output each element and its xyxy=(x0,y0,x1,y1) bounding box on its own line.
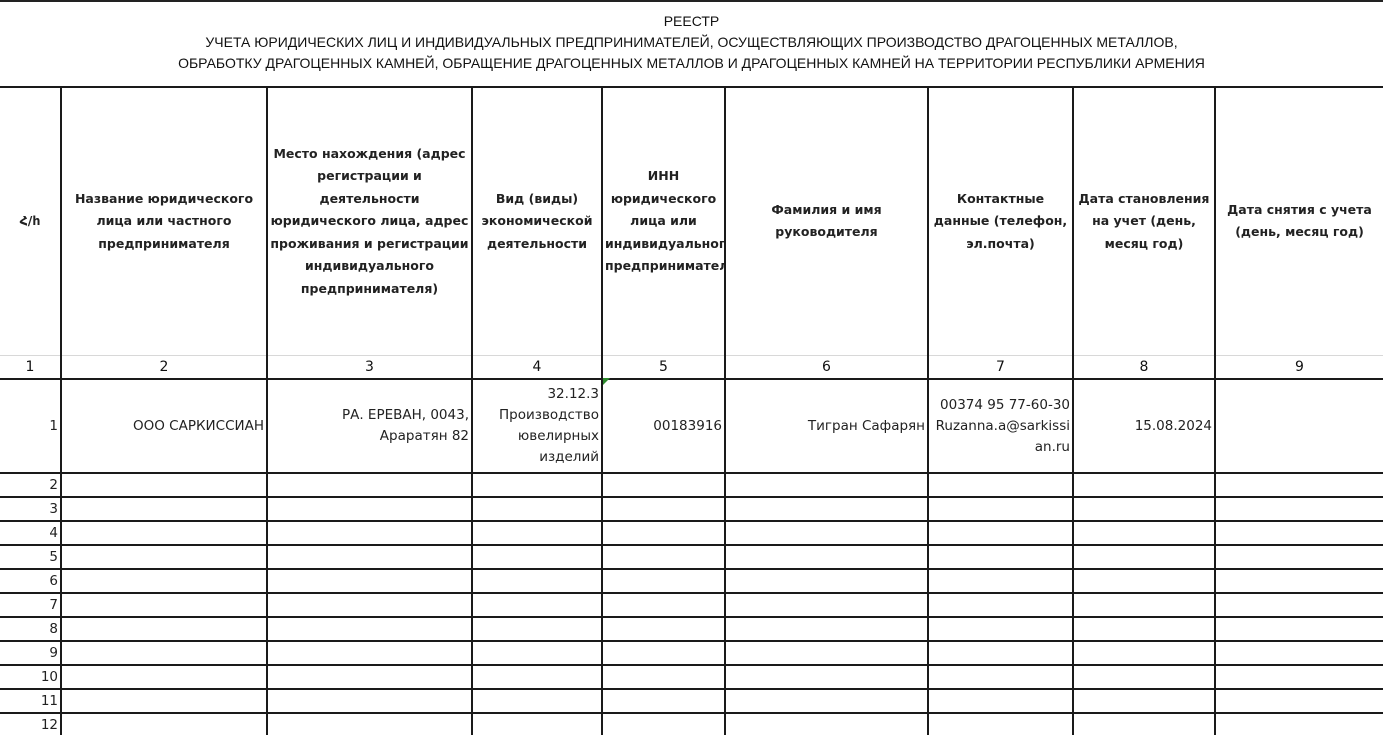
inn-cell[interactable] xyxy=(602,713,725,735)
row-number-cell[interactable]: 1 xyxy=(0,379,61,473)
header-cell-inn[interactable]: ИНН юридического лица или индивидуальног… xyxy=(602,87,725,355)
registered-date-cell[interactable] xyxy=(1073,497,1215,521)
inn-cell[interactable] xyxy=(602,569,725,593)
deregistered-date-cell[interactable] xyxy=(1215,593,1383,617)
inn-cell[interactable] xyxy=(602,497,725,521)
column-number-cell[interactable]: 4 xyxy=(472,355,602,379)
registered-date-cell[interactable] xyxy=(1073,473,1215,497)
row-number-cell[interactable]: 4 xyxy=(0,521,61,545)
contacts-cell[interactable] xyxy=(928,617,1073,641)
table-row: 3 xyxy=(0,497,1383,521)
contacts-cell[interactable]: 00374 95 77-60-30 Ruzanna.a@sarkissian.r… xyxy=(928,379,1073,473)
activity-cell[interactable] xyxy=(472,497,602,521)
activity-cell[interactable] xyxy=(472,545,602,569)
register-subtitle-line-1: УЧЕТА ЮРИДИЧЕСКИХ ЛИЦ И ИНДИВИДУАЛЬНЫХ П… xyxy=(0,32,1383,53)
registered-date-cell[interactable] xyxy=(1073,665,1215,689)
location-cell[interactable] xyxy=(267,593,472,617)
row-number-cell[interactable]: 10 xyxy=(0,665,61,689)
entity-name-cell[interactable] xyxy=(61,713,267,735)
header-cell-entity-name[interactable]: Название юридического лица или частного … xyxy=(61,87,267,355)
deregistered-date-cell[interactable] xyxy=(1215,689,1383,713)
activity-cell[interactable] xyxy=(472,569,602,593)
entity-name-cell[interactable] xyxy=(61,689,267,713)
table-row: 9 xyxy=(0,641,1383,665)
header-cell-director[interactable]: Фамилия и имя руководителя xyxy=(725,87,928,355)
deregistered-date-cell[interactable] xyxy=(1215,497,1383,521)
deregistered-date-cell[interactable] xyxy=(1215,545,1383,569)
row-number-cell[interactable]: 5 xyxy=(0,545,61,569)
contacts-cell[interactable] xyxy=(928,497,1073,521)
registered-date-cell[interactable] xyxy=(1073,569,1215,593)
register-title-block: РЕЕСТР УЧЕТА ЮРИДИЧЕСКИХ ЛИЦ И ИНДИВИДУА… xyxy=(0,0,1383,85)
header-cell-contacts[interactable]: Контактные данные (телефон, эл.почта) xyxy=(928,87,1073,355)
director-cell[interactable] xyxy=(725,665,928,689)
director-cell[interactable] xyxy=(725,689,928,713)
inn-cell[interactable] xyxy=(602,689,725,713)
header-cell-deregistered-date[interactable]: Дата снятия с учета (день, месяц год) xyxy=(1215,87,1383,355)
contacts-cell[interactable] xyxy=(928,593,1073,617)
location-cell[interactable] xyxy=(267,521,472,545)
inn-cell[interactable] xyxy=(602,593,725,617)
director-cell[interactable] xyxy=(725,617,928,641)
column-number-cell[interactable]: 3 xyxy=(267,355,472,379)
contacts-cell[interactable] xyxy=(928,545,1073,569)
register-title: РЕЕСТР xyxy=(0,11,1383,32)
register-subtitle-line-2: ОБРАБОТКУ ДРАГОЦЕННЫХ КАМНЕЙ, ОБРАЩЕНИЕ … xyxy=(0,53,1383,74)
header-cell-activity[interactable]: Вид (виды) экономической деятельности xyxy=(472,87,602,355)
column-number-cell[interactable]: 2 xyxy=(61,355,267,379)
director-cell[interactable] xyxy=(725,569,928,593)
deregistered-date-cell[interactable] xyxy=(1215,379,1383,473)
activity-cell[interactable] xyxy=(472,665,602,689)
location-cell[interactable] xyxy=(267,569,472,593)
column-number-cell[interactable]: 6 xyxy=(725,355,928,379)
registered-date-cell[interactable] xyxy=(1073,641,1215,665)
comment-indicator-icon[interactable] xyxy=(603,378,610,385)
inn-cell[interactable]: 00183916 xyxy=(602,379,725,473)
entity-name-cell[interactable] xyxy=(61,617,267,641)
row-number-cell[interactable]: 6 xyxy=(0,569,61,593)
activity-cell[interactable] xyxy=(472,521,602,545)
registered-date-cell[interactable] xyxy=(1073,617,1215,641)
director-cell[interactable] xyxy=(725,497,928,521)
entity-name-cell[interactable] xyxy=(61,569,267,593)
director-cell[interactable] xyxy=(725,593,928,617)
table-row: 7 xyxy=(0,593,1383,617)
activity-cell[interactable] xyxy=(472,473,602,497)
row-number-cell[interactable]: 7 xyxy=(0,593,61,617)
director-cell[interactable] xyxy=(725,641,928,665)
director-cell[interactable] xyxy=(725,545,928,569)
location-cell[interactable] xyxy=(267,545,472,569)
deregistered-date-cell[interactable] xyxy=(1215,617,1383,641)
table-row: 10 xyxy=(0,665,1383,689)
row-number-cell[interactable]: 9 xyxy=(0,641,61,665)
contacts-cell[interactable] xyxy=(928,521,1073,545)
entity-name-cell[interactable] xyxy=(61,545,267,569)
contacts-cell[interactable] xyxy=(928,569,1073,593)
row-number-cell[interactable]: 12 xyxy=(0,713,61,735)
deregistered-date-cell[interactable] xyxy=(1215,713,1383,735)
registered-date-cell[interactable] xyxy=(1073,521,1215,545)
registered-date-cell[interactable]: 15.08.2024 xyxy=(1073,379,1215,473)
director-cell[interactable] xyxy=(725,473,928,497)
activity-cell[interactable] xyxy=(472,689,602,713)
deregistered-date-cell[interactable] xyxy=(1215,473,1383,497)
inn-cell[interactable] xyxy=(602,545,725,569)
entity-name-cell[interactable] xyxy=(61,641,267,665)
row-number-cell[interactable]: 11 xyxy=(0,689,61,713)
entity-name-cell[interactable] xyxy=(61,521,267,545)
location-cell[interactable]: РА. ЕРЕВАН, 0043, Араратян 82 xyxy=(267,379,472,473)
deregistered-date-cell[interactable] xyxy=(1215,569,1383,593)
inn-cell[interactable] xyxy=(602,521,725,545)
location-cell[interactable] xyxy=(267,617,472,641)
table-row: 6 xyxy=(0,569,1383,593)
director-cell[interactable] xyxy=(725,713,928,735)
activity-cell[interactable]: 32.12.3 Производство ювелирных изделий xyxy=(472,379,602,473)
activity-cell[interactable] xyxy=(472,641,602,665)
contacts-cell[interactable] xyxy=(928,473,1073,497)
location-cell[interactable] xyxy=(267,497,472,521)
column-number-row: 1 2 3 4 5 6 7 8 9 xyxy=(0,355,1383,379)
entity-name-cell[interactable]: ООО САРКИССИАН xyxy=(61,379,267,473)
activity-cell[interactable] xyxy=(472,593,602,617)
entity-name-cell[interactable] xyxy=(61,665,267,689)
header-cell-registered-date[interactable]: Дата становления на учет (день, месяц го… xyxy=(1073,87,1215,355)
location-cell[interactable] xyxy=(267,473,472,497)
registered-date-cell[interactable] xyxy=(1073,545,1215,569)
table-row: 8 xyxy=(0,617,1383,641)
entity-name-cell[interactable] xyxy=(61,593,267,617)
deregistered-date-cell[interactable] xyxy=(1215,665,1383,689)
location-cell[interactable] xyxy=(267,665,472,689)
director-cell[interactable]: Тигран Сафарян xyxy=(725,379,928,473)
inn-cell[interactable] xyxy=(602,617,725,641)
contacts-cell[interactable] xyxy=(928,665,1073,689)
row-number-cell[interactable]: 3 xyxy=(0,497,61,521)
table-row: 4 xyxy=(0,521,1383,545)
director-cell[interactable] xyxy=(725,521,928,545)
column-number-cell[interactable]: 7 xyxy=(928,355,1073,379)
registered-date-cell[interactable] xyxy=(1073,713,1215,735)
header-cell-location[interactable]: Место нахождения (адрес регистрации и де… xyxy=(267,87,472,355)
contacts-cell[interactable] xyxy=(928,713,1073,735)
table-row: 11 xyxy=(0,689,1383,713)
deregistered-date-cell[interactable] xyxy=(1215,641,1383,665)
contacts-cell[interactable] xyxy=(928,641,1073,665)
inn-cell[interactable] xyxy=(602,641,725,665)
inn-cell[interactable] xyxy=(602,473,725,497)
column-number-cell[interactable]: 9 xyxy=(1215,355,1383,379)
row-number-cell[interactable]: 8 xyxy=(0,617,61,641)
column-number-cell[interactable]: 5 xyxy=(602,355,725,379)
column-number-cell[interactable]: 8 xyxy=(1073,355,1215,379)
activity-cell[interactable] xyxy=(472,617,602,641)
row-number-cell[interactable]: 2 xyxy=(0,473,61,497)
table-row: 2 xyxy=(0,473,1383,497)
entity-name-cell[interactable] xyxy=(61,497,267,521)
location-cell[interactable] xyxy=(267,689,472,713)
table-row: 1 ООО САРКИССИАН РА. ЕРЕВАН, 0043, Арара… xyxy=(0,379,1383,473)
table-row: 5 xyxy=(0,545,1383,569)
deregistered-date-cell[interactable] xyxy=(1215,521,1383,545)
inn-cell[interactable] xyxy=(602,665,725,689)
entity-name-cell[interactable] xyxy=(61,473,267,497)
table-row: 12 xyxy=(0,713,1383,735)
header-cell-number[interactable]: Հ/հ xyxy=(0,87,61,355)
registered-date-cell[interactable] xyxy=(1073,689,1215,713)
column-number-cell[interactable]: 1 xyxy=(0,355,61,379)
header-row: Հ/հ Название юридического лица или частн… xyxy=(0,87,1383,355)
location-cell[interactable] xyxy=(267,713,472,735)
activity-cell[interactable] xyxy=(472,713,602,735)
contacts-cell[interactable] xyxy=(928,689,1073,713)
register-table: Հ/հ Название юридического лица или частн… xyxy=(0,86,1383,735)
registered-date-cell[interactable] xyxy=(1073,593,1215,617)
location-cell[interactable] xyxy=(267,641,472,665)
